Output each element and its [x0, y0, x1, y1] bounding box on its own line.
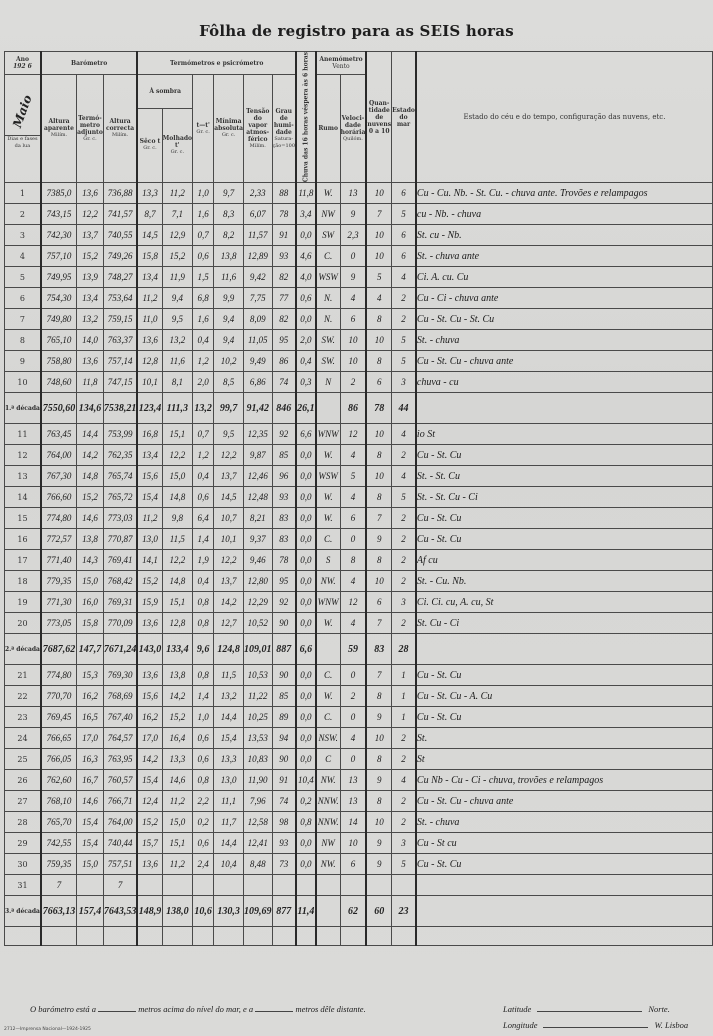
cell-col-2[interactable]: 764,57: [103, 728, 137, 749]
cell-col-4[interactable]: 16,4: [162, 728, 192, 749]
cell-col-6[interactable]: 99,7: [214, 393, 244, 424]
cell-col-5[interactable]: 0,8: [193, 613, 214, 634]
cell-col-6[interactable]: 13,3: [214, 749, 244, 770]
cell-col-1[interactable]: [77, 875, 104, 896]
cell-col-10[interactable]: W.: [316, 183, 340, 204]
sky-observation[interactable]: Cu - St. Cu - chuva ante: [416, 791, 713, 812]
cell-col-7[interactable]: 91,42: [244, 393, 273, 424]
cell-col-10[interactable]: NW: [316, 833, 340, 854]
cell-col-13[interactable]: 2: [392, 571, 416, 592]
cell-col-1[interactable]: 15,0: [77, 571, 104, 592]
cell-col-1[interactable]: 134,6: [77, 393, 104, 424]
cell-col-5[interactable]: 0,4: [193, 466, 214, 487]
cell-col-1[interactable]: 13,4: [77, 288, 104, 309]
cell-col-7[interactable]: 6,86: [244, 372, 273, 393]
cell-col-6[interactable]: 13,7: [214, 571, 244, 592]
cell-col-7[interactable]: 109,01: [244, 634, 273, 665]
cell-col-8[interactable]: 85: [272, 686, 296, 707]
sky-observation[interactable]: Cu - St. Cu - chuva ante: [416, 351, 713, 372]
cell-col-9[interactable]: 0,0: [296, 466, 316, 487]
cell-col-4[interactable]: 14,2: [162, 686, 192, 707]
cell-col-12[interactable]: 10: [366, 466, 391, 487]
cell-col-7[interactable]: 11,90: [244, 770, 273, 791]
cell-col-13[interactable]: 3: [392, 592, 416, 613]
cell-col-3[interactable]: 16,2: [137, 707, 162, 728]
cell-col-9[interactable]: 0,0: [296, 665, 316, 686]
cell-col-12[interactable]: 9: [366, 833, 391, 854]
cell-col-2[interactable]: 757,51: [103, 854, 137, 875]
cell-col-11[interactable]: 2: [340, 372, 366, 393]
cell-col-0[interactable]: 7550,60: [41, 393, 77, 424]
cell-col-9[interactable]: 0,0: [296, 309, 316, 330]
sky-observation[interactable]: St. Cu - Ci: [416, 613, 713, 634]
cell-col-11[interactable]: 9: [340, 267, 366, 288]
cell-col-5[interactable]: [193, 875, 214, 896]
cell-col-10[interactable]: SW: [316, 225, 340, 246]
cell-col-5[interactable]: 0,8: [193, 592, 214, 613]
cell-col-6[interactable]: 9,7: [214, 183, 244, 204]
cell-col-6[interactable]: 10,7: [214, 508, 244, 529]
cell-col-6[interactable]: 124,8: [214, 634, 244, 665]
cell-col-1[interactable]: 17,0: [77, 728, 104, 749]
cell-col-5[interactable]: 1,6: [193, 309, 214, 330]
cell-col-12[interactable]: 8: [366, 550, 391, 571]
cell-col-2[interactable]: 767,40: [103, 707, 137, 728]
cell-col-2[interactable]: 769,41: [103, 550, 137, 571]
cell-col-8[interactable]: 92: [272, 424, 296, 445]
cell-col-13[interactable]: 1: [392, 665, 416, 686]
cell-col-3[interactable]: 15,6: [137, 466, 162, 487]
cell-col-9[interactable]: 0,0: [296, 833, 316, 854]
cell-col-2[interactable]: 736,88: [103, 183, 137, 204]
cell-col-4[interactable]: 11,5: [162, 529, 192, 550]
cell-col-4[interactable]: 11,9: [162, 267, 192, 288]
cell-col-6[interactable]: [214, 875, 244, 896]
cell-col-2[interactable]: 741,57: [103, 204, 137, 225]
cell-col-6[interactable]: 11,5: [214, 665, 244, 686]
cell-col-0[interactable]: 771,40: [41, 550, 77, 571]
cell-col-9[interactable]: 0,6: [296, 288, 316, 309]
cell-col-5[interactable]: 0,6: [193, 728, 214, 749]
cell-col-11[interactable]: 4: [340, 728, 366, 749]
cell-col-5[interactable]: 1,0: [193, 183, 214, 204]
decade-sky-cell[interactable]: [416, 393, 713, 424]
cell-col-11[interactable]: 12: [340, 424, 366, 445]
cell-col-7[interactable]: 12,89: [244, 246, 273, 267]
cell-col-6[interactable]: 13,7: [214, 466, 244, 487]
cell-col-4[interactable]: 133,4: [162, 634, 192, 665]
sky-observation[interactable]: Cu - St. Cu: [416, 707, 713, 728]
sky-observation[interactable]: Cu Nb - Cu - Ci - chuva, trovões e relam…: [416, 770, 713, 791]
cell-col-13[interactable]: 5: [392, 487, 416, 508]
cell-col-8[interactable]: 91: [272, 225, 296, 246]
cell-col-1[interactable]: 13,6: [77, 183, 104, 204]
cell-col-7[interactable]: 8,48: [244, 854, 273, 875]
cell-col-7[interactable]: 2,33: [244, 183, 273, 204]
cell-col-8[interactable]: 93: [272, 487, 296, 508]
cell-col-7[interactable]: 10,25: [244, 707, 273, 728]
sky-observation[interactable]: io St: [416, 424, 713, 445]
cell-col-9[interactable]: 0,8: [296, 812, 316, 833]
cell-col-11[interactable]: 86: [340, 393, 366, 424]
cell-col-0[interactable]: 772,57: [41, 529, 77, 550]
cell-col-8[interactable]: 74: [272, 791, 296, 812]
cell-col-7[interactable]: 12,80: [244, 571, 273, 592]
sky-observation[interactable]: Cu - St. Cu: [416, 665, 713, 686]
cell-col-2[interactable]: 764,00: [103, 812, 137, 833]
cell-col-11[interactable]: 6: [340, 309, 366, 330]
cell-col-2[interactable]: 7538,21: [103, 393, 137, 424]
cell-col-1[interactable]: 14,6: [77, 508, 104, 529]
cell-col-9[interactable]: 0,0: [296, 225, 316, 246]
cell-col-7[interactable]: 7,75: [244, 288, 273, 309]
cell-col-9[interactable]: 11,4: [296, 896, 316, 927]
cell-col-0[interactable]: 763,45: [41, 424, 77, 445]
cell-col-2[interactable]: 768,69: [103, 686, 137, 707]
cell-col-13[interactable]: 5: [392, 330, 416, 351]
cell-col-0[interactable]: 766,05: [41, 749, 77, 770]
cell-col-5[interactable]: 0,2: [193, 812, 214, 833]
cell-col-8[interactable]: 96: [272, 466, 296, 487]
decade-sky-cell[interactable]: [416, 896, 713, 927]
cell-col-11[interactable]: 4: [340, 445, 366, 466]
cell-col-5[interactable]: 1,6: [193, 204, 214, 225]
cell-col-6[interactable]: 130,3: [214, 896, 244, 927]
cell-col-1[interactable]: 147,7: [77, 634, 104, 665]
cell-col-0[interactable]: 767,30: [41, 466, 77, 487]
cell-col-12[interactable]: [366, 875, 391, 896]
cell-col-7[interactable]: 7,96: [244, 791, 273, 812]
cell-col-13[interactable]: 2: [392, 812, 416, 833]
sky-observation[interactable]: Ci. Ci. cu, A. cu, St: [416, 592, 713, 613]
cell-col-0[interactable]: 765,70: [41, 812, 77, 833]
cell-col-3[interactable]: 13,6: [137, 330, 162, 351]
cell-col-9[interactable]: 0,0: [296, 571, 316, 592]
cell-col-4[interactable]: [162, 875, 192, 896]
cell-col-11[interactable]: 13: [340, 770, 366, 791]
cell-col-7[interactable]: 9,42: [244, 267, 273, 288]
cell-col-1[interactable]: 16,7: [77, 770, 104, 791]
cell-col-8[interactable]: 98: [272, 812, 296, 833]
cell-col-2[interactable]: 760,57: [103, 770, 137, 791]
cell-col-10[interactable]: WNW: [316, 424, 340, 445]
cell-col-13[interactable]: 2: [392, 728, 416, 749]
cell-col-1[interactable]: 15,0: [77, 854, 104, 875]
cell-col-11[interactable]: 13: [340, 183, 366, 204]
cell-col-4[interactable]: 12,2: [162, 445, 192, 466]
cell-col-8[interactable]: 877: [272, 896, 296, 927]
cell-col-10[interactable]: C: [316, 749, 340, 770]
cell-col-11[interactable]: 0: [340, 749, 366, 770]
cell-col-1[interactable]: 16,5: [77, 707, 104, 728]
cell-col-12[interactable]: 8: [366, 487, 391, 508]
cell-col-2[interactable]: 762,35: [103, 445, 137, 466]
longitude-blank[interactable]: [543, 1019, 648, 1028]
cell-col-13[interactable]: 5: [392, 351, 416, 372]
cell-col-10[interactable]: S: [316, 550, 340, 571]
cell-col-7[interactable]: 8,21: [244, 508, 273, 529]
cell-col-6[interactable]: 10,4: [214, 854, 244, 875]
cell-col-6[interactable]: 13,8: [214, 246, 244, 267]
cell-col-4[interactable]: 14,8: [162, 487, 192, 508]
cell-col-1[interactable]: 15,4: [77, 833, 104, 854]
cell-col-2[interactable]: 773,03: [103, 508, 137, 529]
cell-col-2[interactable]: 753,64: [103, 288, 137, 309]
cell-col-9[interactable]: 0,0: [296, 592, 316, 613]
cell-col-1[interactable]: 13,2: [77, 309, 104, 330]
cell-col-8[interactable]: 73: [272, 854, 296, 875]
cell-col-12[interactable]: 9: [366, 529, 391, 550]
cell-col-13[interactable]: 4: [392, 466, 416, 487]
cell-col-3[interactable]: 13,3: [137, 183, 162, 204]
sky-observation[interactable]: Cu - St. Cu: [416, 529, 713, 550]
cell-col-11[interactable]: 6: [340, 508, 366, 529]
sky-observation[interactable]: St. - chuva: [416, 330, 713, 351]
cell-col-9[interactable]: 0,0: [296, 749, 316, 770]
cell-col-10[interactable]: N: [316, 372, 340, 393]
cell-col-13[interactable]: 4: [392, 424, 416, 445]
cell-col-3[interactable]: 15,9: [137, 592, 162, 613]
sky-observation[interactable]: Cu - St cu: [416, 833, 713, 854]
cell-col-0[interactable]: 754,30: [41, 288, 77, 309]
sky-observation[interactable]: cu - Nb. - chuva: [416, 204, 713, 225]
cell-col-1[interactable]: 16,2: [77, 686, 104, 707]
cell-col-4[interactable]: 9,4: [162, 288, 192, 309]
sky-observation[interactable]: St. - chuva: [416, 812, 713, 833]
cell-col-11[interactable]: 9: [340, 204, 366, 225]
cell-col-11[interactable]: [340, 875, 366, 896]
cell-col-11[interactable]: 12: [340, 592, 366, 613]
cell-col-10[interactable]: C.: [316, 246, 340, 267]
cell-col-5[interactable]: 0,4: [193, 330, 214, 351]
cell-col-1[interactable]: 15,8: [77, 613, 104, 634]
cell-col-7[interactable]: 12,58: [244, 812, 273, 833]
cell-col-7[interactable]: [244, 875, 273, 896]
cell-col-8[interactable]: 74: [272, 372, 296, 393]
cell-col-10[interactable]: W.: [316, 686, 340, 707]
cell-col-0[interactable]: 757,10: [41, 246, 77, 267]
cell-col-13[interactable]: 3: [392, 833, 416, 854]
cell-col-6[interactable]: 14,2: [214, 592, 244, 613]
cell-col-6[interactable]: 12,7: [214, 613, 244, 634]
cell-col-2[interactable]: 740,55: [103, 225, 137, 246]
cell-col-12[interactable]: 10: [366, 183, 391, 204]
cell-col-10[interactable]: WNW: [316, 592, 340, 613]
sky-observation[interactable]: Cu - Cu. Nb. - St. Cu. - chuva ante. Tro…: [416, 183, 713, 204]
cell-col-12[interactable]: 8: [366, 445, 391, 466]
cell-col-0[interactable]: 7663,13: [41, 896, 77, 927]
cell-col-1[interactable]: 12,2: [77, 204, 104, 225]
cell-col-5[interactable]: 0,6: [193, 833, 214, 854]
cell-col-9[interactable]: 0,0: [296, 854, 316, 875]
cell-col-3[interactable]: 13,6: [137, 665, 162, 686]
cell-col-11[interactable]: 4: [340, 288, 366, 309]
cell-col-2[interactable]: 765,74: [103, 466, 137, 487]
cell-col-2[interactable]: 766,71: [103, 791, 137, 812]
cell-col-8[interactable]: 91: [272, 770, 296, 791]
cell-col-13[interactable]: 2: [392, 550, 416, 571]
cell-col-0[interactable]: 7385,0: [41, 183, 77, 204]
cell-col-0[interactable]: 742,30: [41, 225, 77, 246]
cell-col-1[interactable]: 157,4: [77, 896, 104, 927]
cell-col-3[interactable]: 15,4: [137, 487, 162, 508]
cell-col-5[interactable]: 0,8: [193, 770, 214, 791]
cell-col-9[interactable]: 26,1: [296, 393, 316, 424]
cell-col-0[interactable]: 769,45: [41, 707, 77, 728]
cell-col-3[interactable]: 123,4: [137, 393, 162, 424]
cell-col-10[interactable]: SW.: [316, 330, 340, 351]
cell-col-7[interactable]: 11,57: [244, 225, 273, 246]
cell-col-4[interactable]: 8,1: [162, 372, 192, 393]
cell-col-13[interactable]: 2: [392, 791, 416, 812]
cell-col-3[interactable]: 11,2: [137, 508, 162, 529]
cell-col-4[interactable]: 12,9: [162, 225, 192, 246]
cell-col-4[interactable]: 14,6: [162, 770, 192, 791]
cell-col-5[interactable]: 9,6: [193, 634, 214, 665]
cell-col-1[interactable]: 16,0: [77, 592, 104, 613]
cell-col-4[interactable]: 12,2: [162, 550, 192, 571]
cell-col-7[interactable]: 11,22: [244, 686, 273, 707]
cell-col-8[interactable]: [272, 875, 296, 896]
cell-col-11[interactable]: 0: [340, 707, 366, 728]
cell-col-1[interactable]: 14,8: [77, 466, 104, 487]
cell-col-3[interactable]: 14,1: [137, 550, 162, 571]
cell-col-6[interactable]: 15,4: [214, 728, 244, 749]
cell-col-13[interactable]: 2: [392, 288, 416, 309]
cell-col-12[interactable]: 7: [366, 508, 391, 529]
cell-col-12[interactable]: 8: [366, 749, 391, 770]
cell-col-9[interactable]: 0,0: [296, 445, 316, 466]
cell-col-5[interactable]: 2,4: [193, 854, 214, 875]
cell-col-2[interactable]: 765,72: [103, 487, 137, 508]
cell-col-2[interactable]: 770,09: [103, 613, 137, 634]
cell-col-5[interactable]: 1,2: [193, 351, 214, 372]
cell-col-13[interactable]: 2: [392, 508, 416, 529]
cell-col-5[interactable]: 1,2: [193, 445, 214, 466]
cell-col-9[interactable]: 0,0: [296, 728, 316, 749]
cell-col-1[interactable]: 14,6: [77, 791, 104, 812]
cell-col-3[interactable]: 11,0: [137, 309, 162, 330]
cell-col-7[interactable]: 12,48: [244, 487, 273, 508]
cell-col-0[interactable]: 764,00: [41, 445, 77, 466]
cell-col-13[interactable]: 3: [392, 372, 416, 393]
cell-col-13[interactable]: 4: [392, 770, 416, 791]
cell-col-12[interactable]: 60: [366, 896, 391, 927]
cell-col-3[interactable]: 14,2: [137, 749, 162, 770]
cell-col-13[interactable]: 5: [392, 854, 416, 875]
cell-col-11[interactable]: 4: [340, 613, 366, 634]
altitude-blank[interactable]: [98, 1003, 136, 1012]
cell-col-0[interactable]: 768,10: [41, 791, 77, 812]
cell-col-6[interactable]: 13,0: [214, 770, 244, 791]
cell-col-6[interactable]: 9,4: [214, 309, 244, 330]
cell-col-5[interactable]: 1,4: [193, 686, 214, 707]
cell-col-2[interactable]: 749,26: [103, 246, 137, 267]
cell-col-6[interactable]: 8,3: [214, 204, 244, 225]
cell-col-10[interactable]: C.: [316, 707, 340, 728]
cell-col-12[interactable]: 8: [366, 686, 391, 707]
cell-col-8[interactable]: 77: [272, 288, 296, 309]
cell-col-11[interactable]: 62: [340, 896, 366, 927]
cell-col-12[interactable]: 9: [366, 770, 391, 791]
cell-col-6[interactable]: 14,4: [214, 833, 244, 854]
sky-observation[interactable]: Cu - St. Cu - St. Cu: [416, 309, 713, 330]
cell-col-13[interactable]: 2: [392, 613, 416, 634]
cell-col-8[interactable]: 94: [272, 728, 296, 749]
cell-col-13[interactable]: 5: [392, 204, 416, 225]
sky-observation[interactable]: St. - Cu. Nb.: [416, 571, 713, 592]
cell-col-13[interactable]: 6: [392, 183, 416, 204]
cell-col-4[interactable]: 13,2: [162, 330, 192, 351]
cell-col-8[interactable]: 83: [272, 508, 296, 529]
cell-col-11[interactable]: 2,3: [340, 225, 366, 246]
cell-col-0[interactable]: 762,60: [41, 770, 77, 791]
cell-col-8[interactable]: 85: [272, 445, 296, 466]
cell-col-12[interactable]: 10: [366, 424, 391, 445]
cell-col-10[interactable]: [316, 896, 340, 927]
cell-col-2[interactable]: 753,99: [103, 424, 137, 445]
cell-col-13[interactable]: 2: [392, 309, 416, 330]
cell-col-4[interactable]: 11,2: [162, 854, 192, 875]
cell-col-9[interactable]: 0,4: [296, 351, 316, 372]
cell-col-0[interactable]: 765,10: [41, 330, 77, 351]
sky-observation[interactable]: Cu - Ci - chuva ante: [416, 288, 713, 309]
cell-col-7[interactable]: 109,69: [244, 896, 273, 927]
cell-col-3[interactable]: 13,0: [137, 529, 162, 550]
cell-col-5[interactable]: 1,4: [193, 529, 214, 550]
cell-col-8[interactable]: 88: [272, 183, 296, 204]
cell-col-4[interactable]: 138,0: [162, 896, 192, 927]
cell-col-4[interactable]: 14,8: [162, 571, 192, 592]
cell-col-5[interactable]: 0,6: [193, 246, 214, 267]
cell-col-3[interactable]: 15,8: [137, 246, 162, 267]
sky-observation[interactable]: St. - St. Cu: [416, 466, 713, 487]
cell-col-12[interactable]: 7: [366, 204, 391, 225]
cell-col-5[interactable]: 1,9: [193, 550, 214, 571]
cell-col-6[interactable]: 13,2: [214, 686, 244, 707]
cell-col-1[interactable]: 13,9: [77, 267, 104, 288]
sky-observation[interactable]: Ci. A. cu. Cu: [416, 267, 713, 288]
cell-col-12[interactable]: 8: [366, 791, 391, 812]
cell-col-11[interactable]: 59: [340, 634, 366, 665]
cell-col-9[interactable]: 0,0: [296, 550, 316, 571]
cell-col-8[interactable]: 82: [272, 267, 296, 288]
cell-col-5[interactable]: 0,6: [193, 487, 214, 508]
cell-col-7[interactable]: 12,46: [244, 466, 273, 487]
cell-col-11[interactable]: 14: [340, 812, 366, 833]
cell-col-3[interactable]: 143,0: [137, 634, 162, 665]
cell-col-3[interactable]: 13,4: [137, 267, 162, 288]
cell-col-2[interactable]: 769,31: [103, 592, 137, 613]
cell-col-6[interactable]: 11,7: [214, 812, 244, 833]
cell-col-8[interactable]: 86: [272, 351, 296, 372]
cell-col-3[interactable]: 13,4: [137, 445, 162, 466]
cell-col-9[interactable]: 3,4: [296, 204, 316, 225]
cell-col-4[interactable]: 15,0: [162, 466, 192, 487]
sky-observation[interactable]: St: [416, 749, 713, 770]
cell-col-5[interactable]: 6,8: [193, 288, 214, 309]
cell-col-13[interactable]: 28: [392, 634, 416, 665]
cell-col-4[interactable]: 15,1: [162, 592, 192, 613]
cell-col-7[interactable]: 9,49: [244, 351, 273, 372]
cell-col-12[interactable]: 10: [366, 246, 391, 267]
cell-col-4[interactable]: 15,0: [162, 812, 192, 833]
cell-col-3[interactable]: 13,6: [137, 613, 162, 634]
cell-col-13[interactable]: 6: [392, 246, 416, 267]
cell-col-10[interactable]: W.: [316, 508, 340, 529]
cell-col-8[interactable]: 90: [272, 665, 296, 686]
cell-col-3[interactable]: 15,4: [137, 770, 162, 791]
